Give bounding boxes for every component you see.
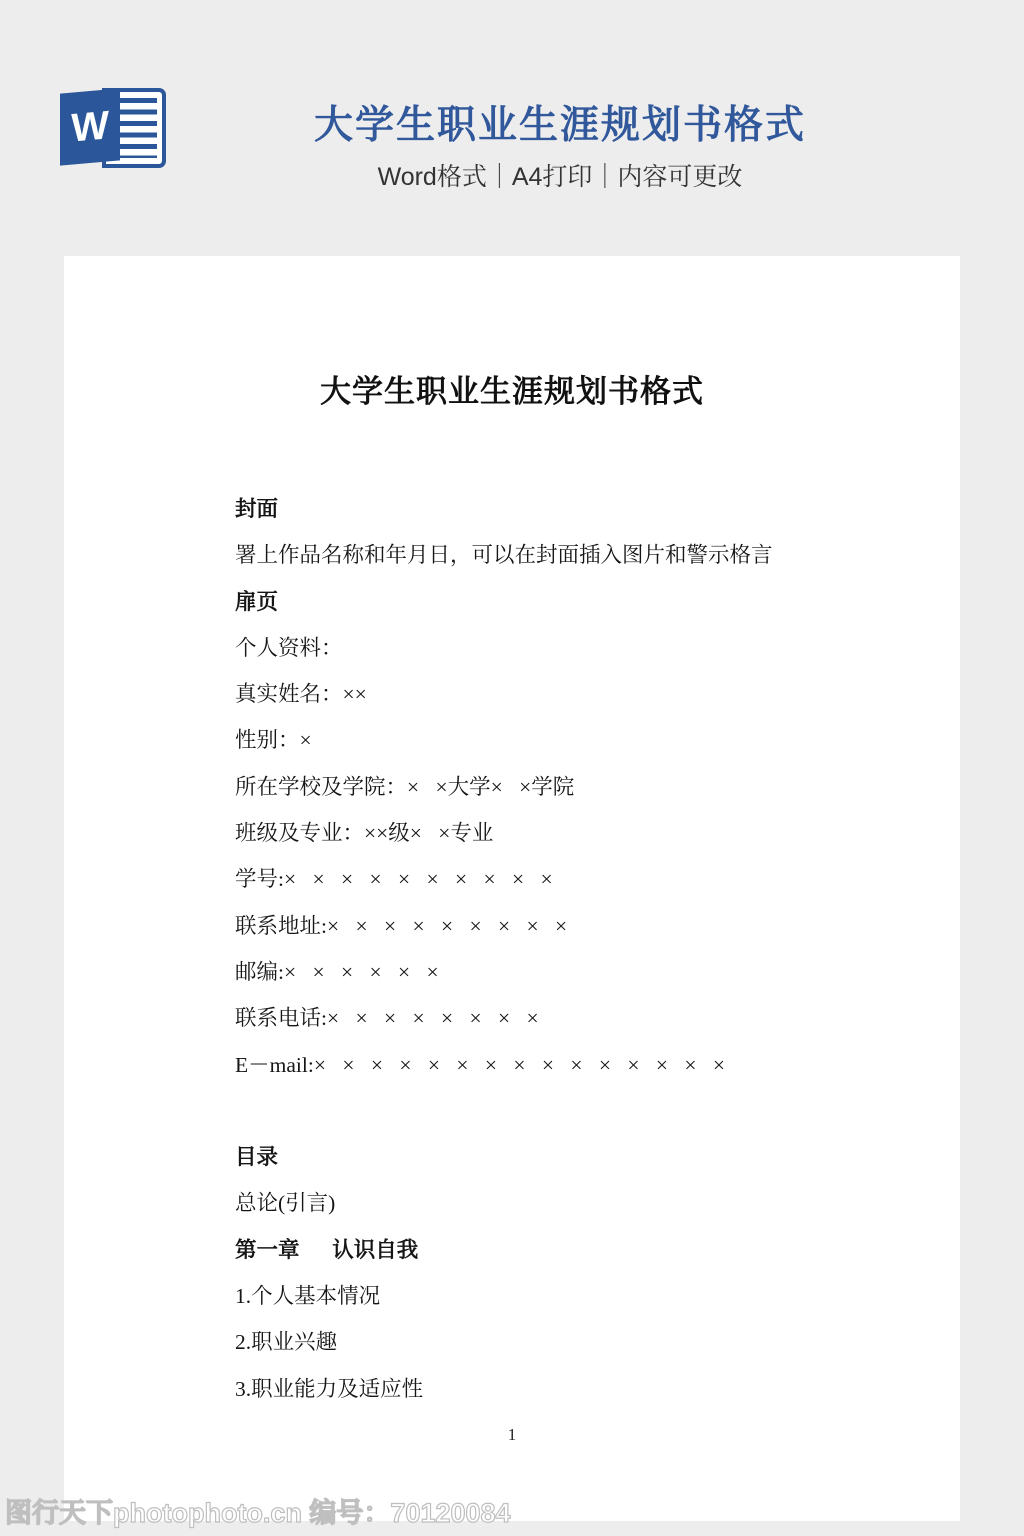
doc-paragraph: 2.职业兴趣 [235,1319,900,1365]
doc-paragraph: 联系电话:× × × × × × × × [235,995,900,1041]
doc-paragraph: 3.职业能力及适应性 [235,1366,900,1412]
header-title: 大学生职业生涯规划书格式 [160,94,960,150]
doc-paragraph: E－mail:× × × × × × × × × × × × × × × [235,1042,900,1088]
footer-watermark: 图行天下photophoto.cn 编号：70120084 [5,1491,511,1530]
document-title: 大学生职业生涯规划书格式 [64,366,960,411]
word-icon: W [60,84,166,172]
doc-heading: 第一章 认识自我 [235,1227,900,1273]
doc-heading: 封面 [235,486,900,532]
doc-paragraph: 班级及专业：××级× ×专业 [235,810,900,856]
doc-paragraph [235,1088,900,1134]
site-header: W 大学生职业生涯规划书格式 Word格式｜A4打印｜内容可更改 [0,0,1024,256]
word-icon-flap: W [60,88,120,165]
doc-paragraph: 性别：× [235,717,900,763]
document-page: 大学生职业生涯规划书格式 封面署上作品名称和年月日，可以在封面插入图片和警示格言… [64,256,960,1521]
doc-paragraph: 个人资料： [235,625,900,671]
page-number: 1 [64,1425,960,1445]
word-icon-page-lines [119,98,157,158]
doc-paragraph: 1.个人基本情况 [235,1273,900,1319]
doc-paragraph: 总论(引言) [235,1180,900,1226]
doc-body: 封面署上作品名称和年月日，可以在封面插入图片和警示格言扉页个人资料：真实姓名：×… [235,486,900,1412]
doc-paragraph: 署上作品名称和年月日，可以在封面插入图片和警示格言 [235,532,900,578]
doc-paragraph: 学号:× × × × × × × × × × [235,856,900,902]
doc-paragraph: 真实姓名：×× [235,671,900,717]
doc-paragraph: 所在学校及学院：× ×大学× ×学院 [235,764,900,810]
doc-heading: 目录 [235,1134,900,1180]
doc-paragraph: 邮编:× × × × × × [235,949,900,995]
header-subtitle: Word格式｜A4打印｜内容可更改 [160,157,960,193]
doc-paragraph: 联系地址:× × × × × × × × × [235,903,900,949]
word-icon-letter: W [71,103,109,151]
doc-heading: 扉页 [235,579,900,625]
